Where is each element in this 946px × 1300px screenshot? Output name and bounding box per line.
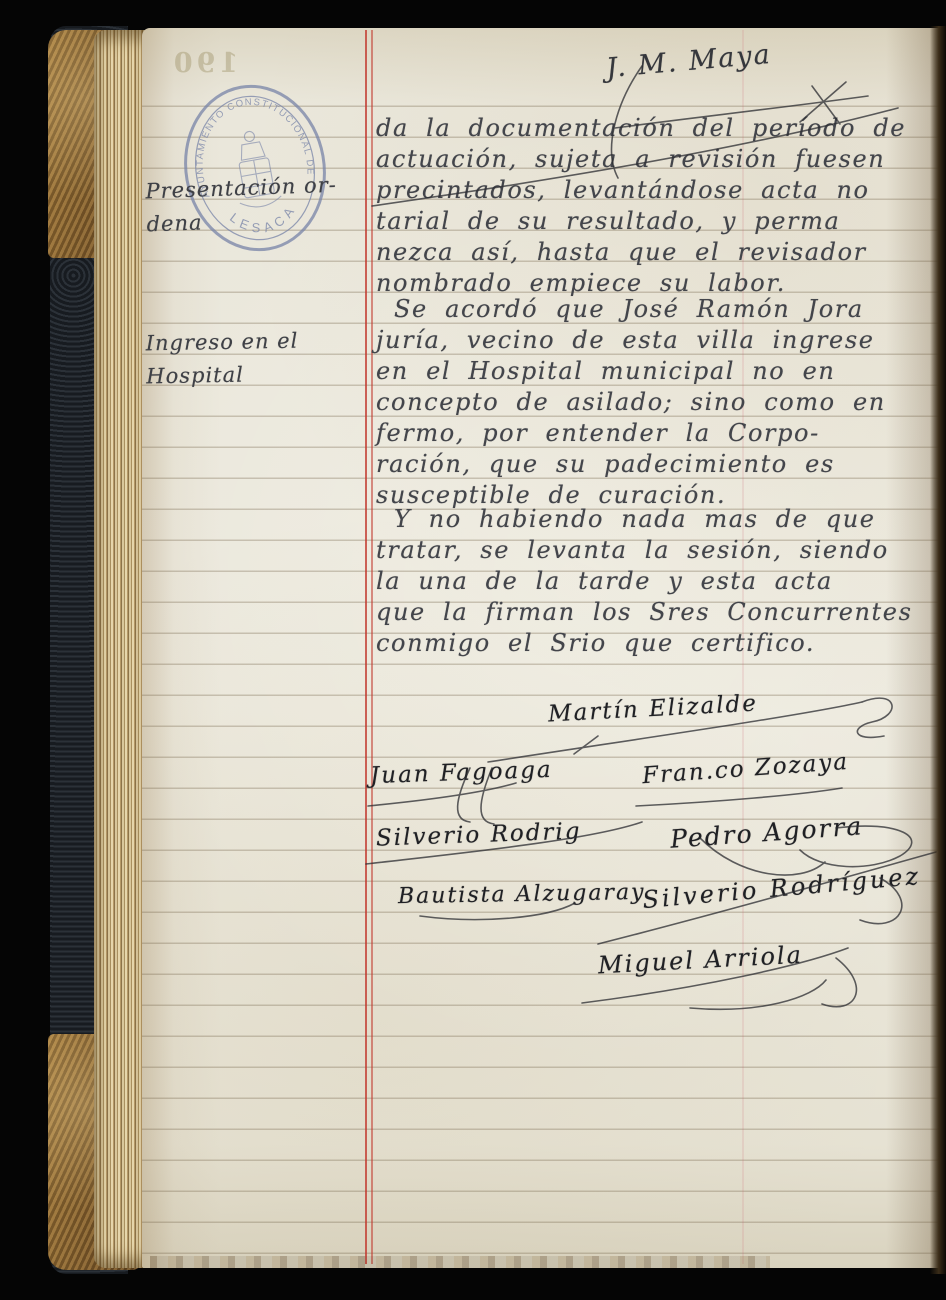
margin-rule-red-inner xyxy=(371,30,373,1264)
manuscript-line: nezca así, hasta que el revisador xyxy=(376,237,942,268)
manuscript-line: da la documentación del período de xyxy=(376,113,942,144)
manuscript-line: juría, vecino de esta villa ingrese xyxy=(376,325,942,356)
body-paragraph-2: Se acordó que José Ramón Jora juría, vec… xyxy=(376,294,942,511)
body-paragraph-3: Y no habiendo nada mas de que tratar, se… xyxy=(376,504,942,659)
margin-note-line: Hospital xyxy=(146,358,299,394)
manuscript-line: fermo, por entender la Corpo- xyxy=(376,418,942,449)
manuscript-line: Y no habiendo nada mas de que xyxy=(376,504,942,535)
manuscript-line: precintados, levantándose acta no xyxy=(376,175,942,206)
page-bottom-edge xyxy=(150,1256,770,1268)
ghost-page-number: 190 xyxy=(168,48,240,79)
margin-note-line: Ingreso en el xyxy=(145,325,298,361)
manuscript-line: tratar, se levanta la sesión, siendo xyxy=(376,535,942,566)
manuscript-line: en el Hospital municipal no en xyxy=(376,356,942,387)
manuscript-line: Se acordó que José Ramón Jora xyxy=(376,294,942,325)
body-paragraph-1: da la documentación del período de actua… xyxy=(376,113,942,299)
manuscript-line: concepto de asilado; sino como en xyxy=(376,387,942,418)
book-gutter-shadow xyxy=(930,26,946,1274)
scanned-book-page: 190 AYUNTAMIENTO CONSTITUCIONAL DE LESAC… xyxy=(0,0,946,1300)
manuscript-line: que la firman los Sres Concurrentes xyxy=(376,597,942,628)
manuscript-line: tarial de su resultado, y perma xyxy=(376,206,942,237)
signature: Bautista Alzugaray xyxy=(398,880,646,909)
margin-note-presentacion: Presentación or- dena xyxy=(145,169,339,242)
manuscript-line: conmigo el Srio que certifico. xyxy=(376,628,942,659)
margin-note-ingreso-hospital: Ingreso en el Hospital xyxy=(145,325,299,394)
margin-rule-red xyxy=(365,30,367,1264)
manuscript-line: actuación, sujeta a revisión fuesen xyxy=(376,144,942,175)
margin-note-line: dena xyxy=(146,202,338,242)
margin-note-line: Presentación or- xyxy=(145,169,337,209)
manuscript-line: la una de la tarde y esta acta xyxy=(376,566,942,597)
manuscript-line: ración, que su padecimiento es xyxy=(376,449,942,480)
